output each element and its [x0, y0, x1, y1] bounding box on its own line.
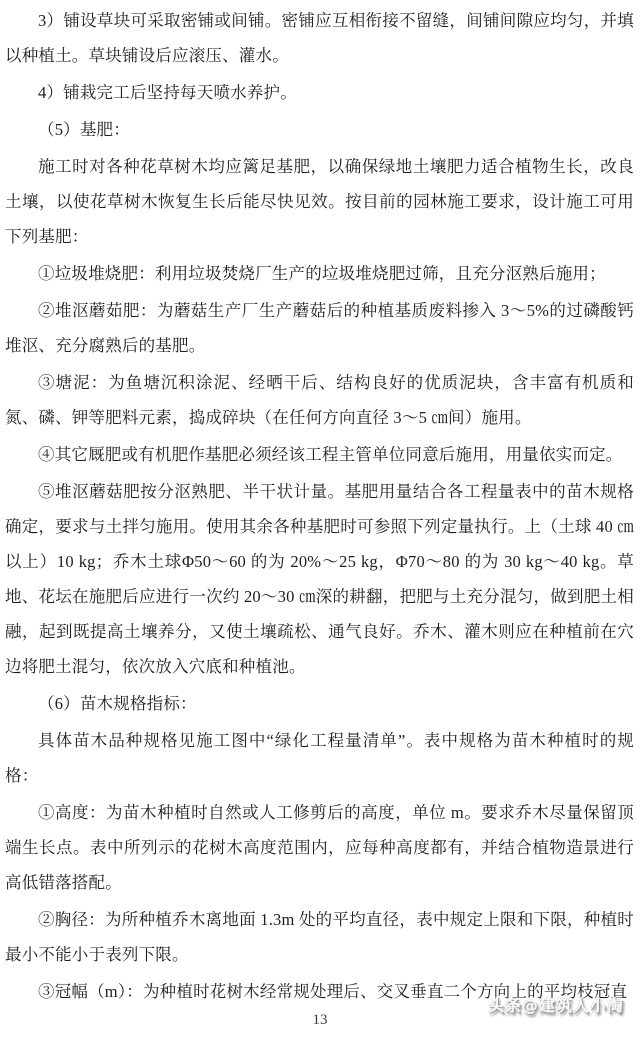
document-page: 3）铺设草块可采取密铺或间铺。密铺应互相衔接不留缝，间铺间隙应均匀，并填以种植土…: [0, 0, 640, 1040]
paragraph-fertilizer-intro: 施工时对各种花草树木均应篱足基肥，以确保绿地土壤肥力适合植物生长，改良土壤，以使…: [5, 149, 634, 254]
document-body: 3）铺设草块可采取密铺或间铺。密铺应互相衔接不留缝，间铺间隙应均匀，并填以种植土…: [0, 0, 640, 1009]
heading-seedling-specs: （6）苗木规格指标：: [5, 686, 634, 721]
paragraph-specs-intro: 具体苗木品种规格见施工图中“绿化工程量清单”。表中规格为苗木种植时的规格：: [5, 723, 634, 793]
page-number: 13: [0, 1012, 640, 1029]
paragraph-pond-mud: ③塘泥：为鱼塘沉积涂泥、经晒干后、结构良好的优质泥块，含丰富有机质和氮、磷、钾等…: [5, 365, 634, 435]
paragraph-mushroom-compost: ②堆沤蘑茹肥：为蘑菇生产厂生产蘑菇后的种植基质废料掺入 3～5%的过磷酸钙堆沤、…: [5, 293, 634, 363]
heading-base-fertilizer: （5）基肥：: [5, 112, 634, 147]
paragraph-dbh-spec: ②胸径：为所种植乔木离地面 1.3m 处的平均直径，表中规定上限和下限，种植时最…: [5, 902, 634, 972]
paragraph-garbage-compost: ①垃圾堆烧肥：利用垃圾焚烧厂生产的垃圾堆烧肥过筛，且充分沤熟后施用；: [5, 256, 634, 291]
paragraph-fertilizer-dosage: ⑤堆沤蘑菇肥按分沤熟肥、半干状计量。基肥用量结合各工程量表中的苗木规格确定，要求…: [5, 474, 634, 684]
paragraph-turf-laying: 3）铺设草块可采取密铺或间铺。密铺应互相衔接不留缝，间铺间隙应均匀，并填以种植土…: [5, 3, 634, 73]
paragraph-height-spec: ①高度：为苗木种植时自然或人工修剪后的高度，单位 m。要求乔木尽量保留顶端生长点…: [5, 795, 634, 900]
paragraph-watering-care: 4）铺栽完工后坚持每天喷水养护。: [5, 75, 634, 110]
paragraph-other-manure: ④其它厩肥或有机肥作基肥必须经该工程主管单位同意后施用，用量依实而定。: [5, 437, 634, 472]
